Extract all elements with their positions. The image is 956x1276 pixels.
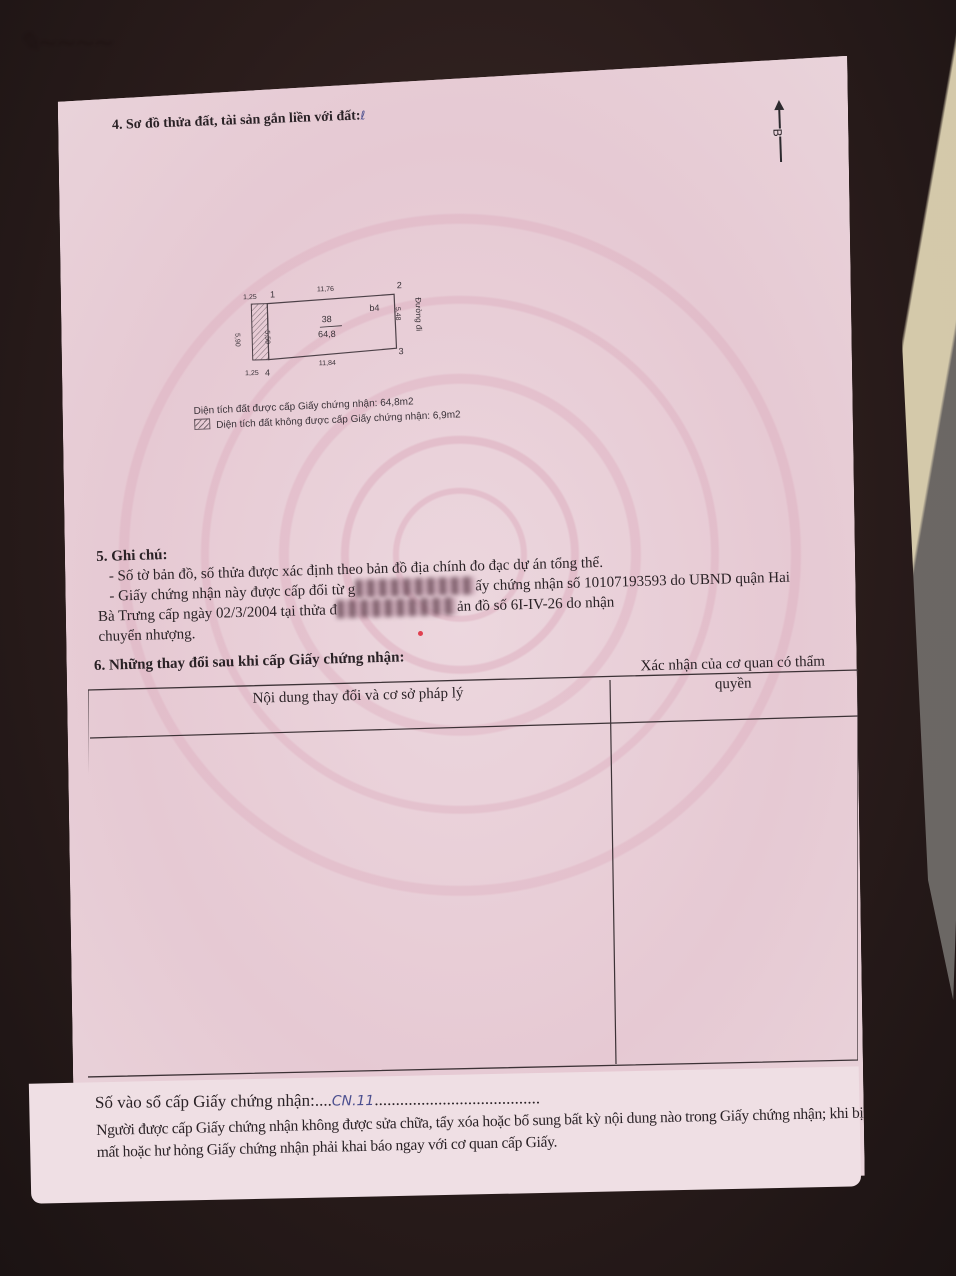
certificate-content: 4. Sơ đồ thửa đất, tài sản gắn liền với … <box>0 0 956 1276</box>
registry-number: Số vào sổ cấp Giấy chứng nhận:....CN.11.… <box>95 1088 540 1113</box>
redacted-text <box>337 597 457 618</box>
section4-heading: 4. Sơ đồ thửa đất, tài sản gắn liền với … <box>112 108 366 134</box>
area-legend: Diện tích đất được cấp Giấy chứng nhận: … <box>193 392 461 434</box>
plot-diagram: 1,25 1 11,76 2 b4 38 64,8 5,48 5,50 5,90… <box>229 277 432 382</box>
registry-handwritten-value: CN.11 <box>332 1093 375 1109</box>
hatch-swatch-icon <box>194 418 210 430</box>
table-grid <box>88 652 858 1082</box>
road-label: Đường đi <box>414 297 424 331</box>
north-arrow-icon: B <box>769 100 791 163</box>
changes-table: Nội dung thay đổi và cơ sở pháp lý Xác n… <box>88 652 858 1082</box>
handwritten-mark: ℓ <box>360 108 366 122</box>
north-arrow-label: B <box>770 128 783 136</box>
section5-notes: 5. Ghi chú: - Số tờ bản đồ, số thửa được… <box>96 527 819 647</box>
column-header-confirmation: Xác nhận của cơ quan có thẩm quyền <box>623 651 844 697</box>
red-dot <box>418 631 423 636</box>
redacted-text <box>355 576 475 597</box>
